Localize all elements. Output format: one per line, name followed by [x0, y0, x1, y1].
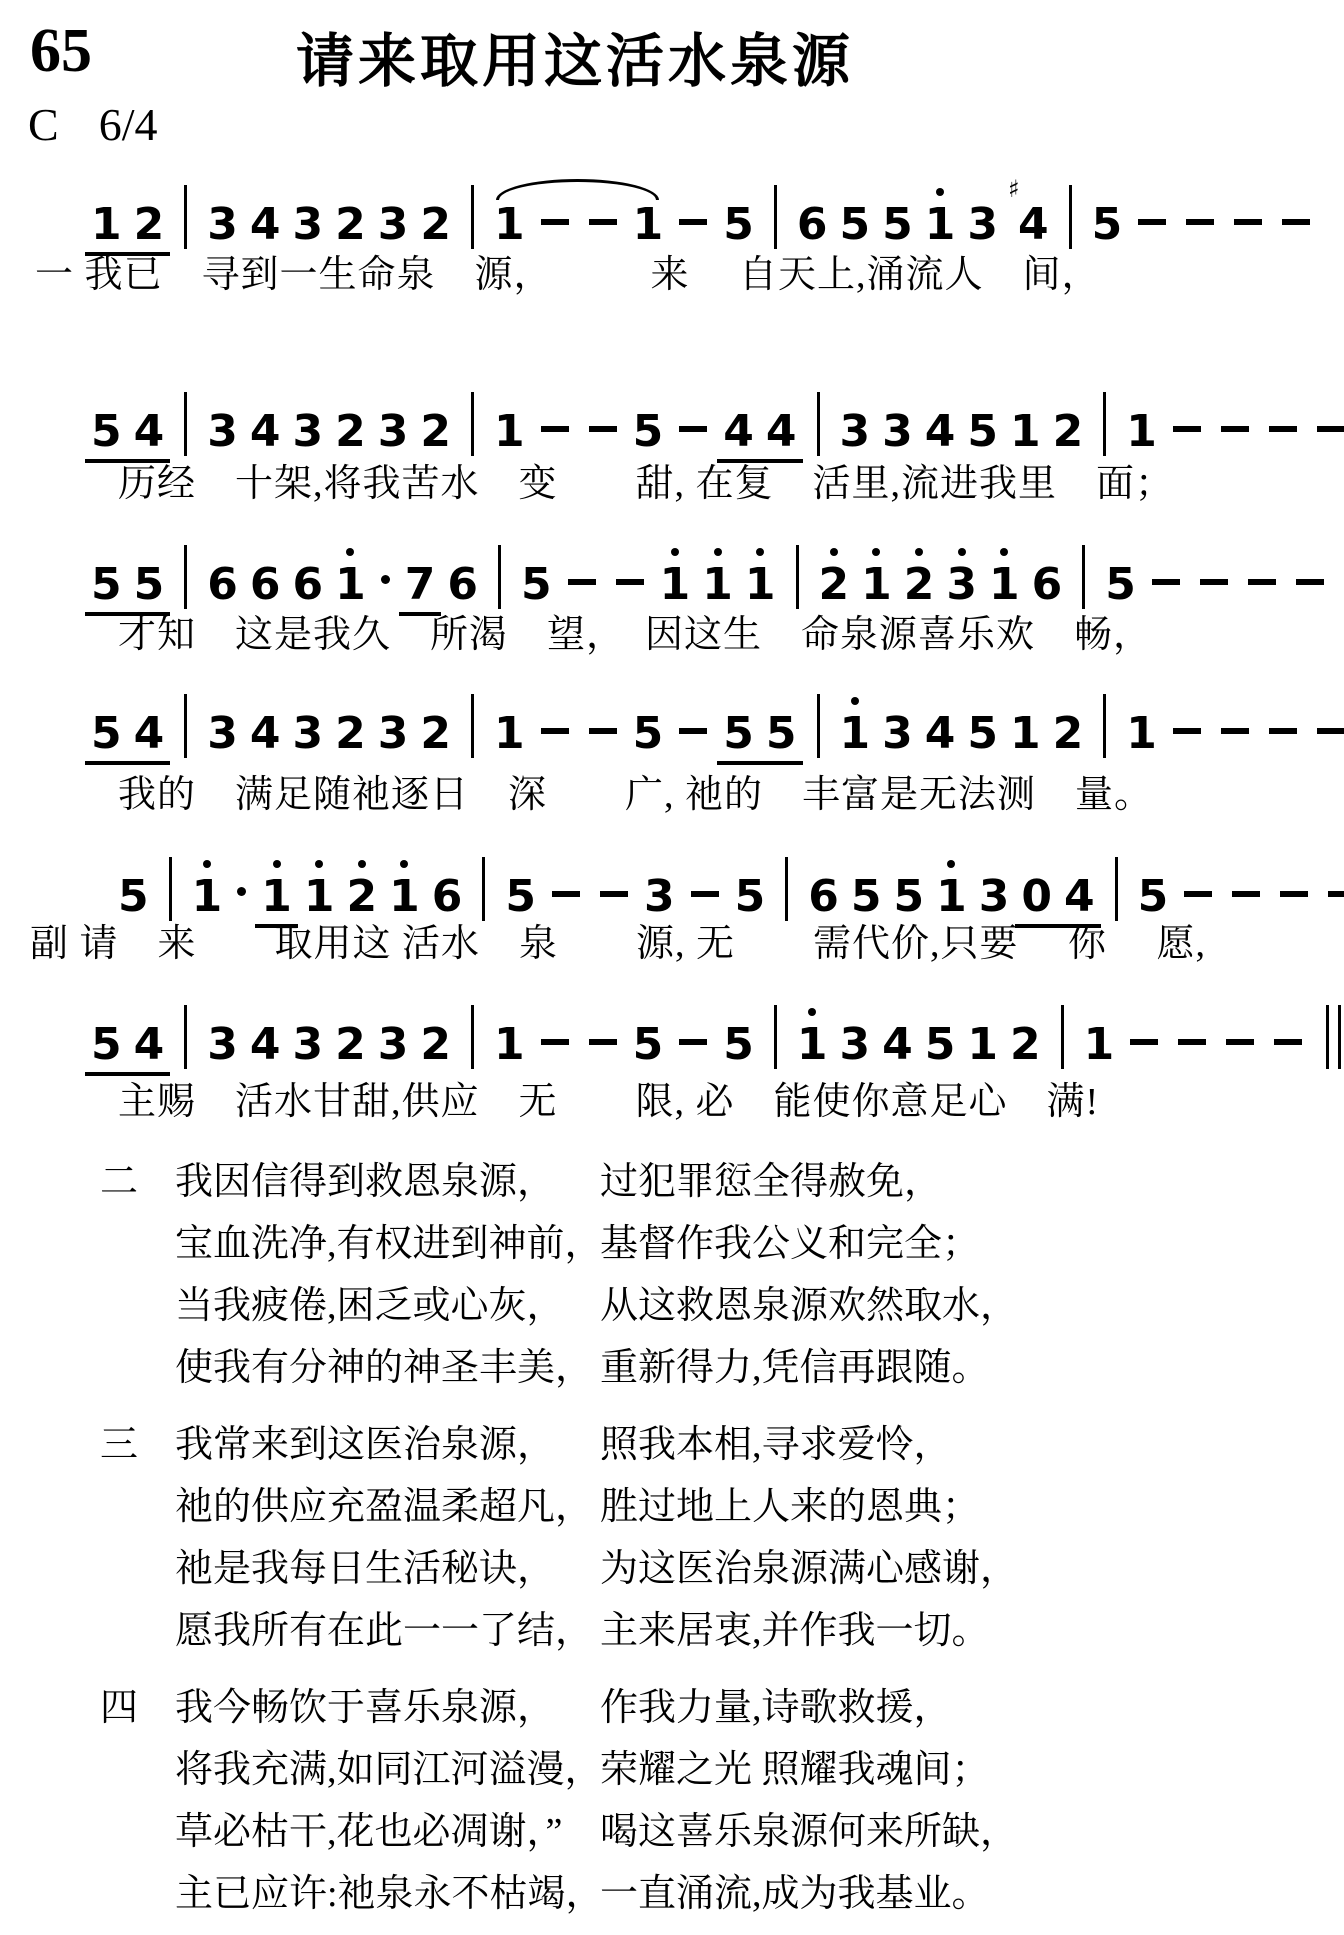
dotted-note-dot — [237, 887, 246, 896]
notation-note: 5 — [882, 203, 913, 247]
dash-extension — [1234, 219, 1262, 225]
notation-note: 6 — [1032, 563, 1063, 607]
verse-col-right: 基督作我公义和完全； — [600, 1212, 980, 1267]
note-number: 3 — [293, 708, 324, 759]
note-number: 1 — [1010, 406, 1041, 457]
verse-col-left: 宝血洗净,有权进到神前， — [175, 1212, 603, 1267]
octave-dot — [1000, 548, 1008, 556]
dash-extension — [1152, 579, 1180, 585]
verse-col-right: 作我力量,诗歌救援， — [600, 1676, 952, 1731]
note-number: 4 — [250, 1019, 281, 1070]
dash-extension — [1221, 728, 1249, 734]
note-number: 3 — [840, 1019, 871, 1070]
barline — [1103, 392, 1106, 456]
note-number: 2 — [420, 1019, 451, 1070]
tie-slur-group: 11 — [488, 203, 669, 247]
note-number: 1 — [1126, 708, 1157, 759]
dash-extension — [541, 426, 569, 432]
dash-extension — [1282, 219, 1310, 225]
note-number: 5 — [633, 1019, 664, 1070]
notation-note: 4 — [723, 410, 754, 454]
lyric-line: 一 我已 寻到一生命泉 源， 来 自天上,涌流人 间， — [35, 243, 1101, 298]
note-number: 5 — [91, 406, 122, 457]
notation-note: 1 — [1126, 410, 1157, 454]
notation-note: 2 — [420, 712, 451, 756]
notation-note: 5 — [1092, 203, 1123, 247]
notation-note: 5 — [633, 1023, 664, 1067]
notation-note: ♯4 — [1018, 203, 1049, 247]
lyric-line: 才知 这是我久 所渴 望， 因这生 命泉源喜乐欢 畅， — [118, 603, 1152, 658]
dash-extension — [1296, 579, 1324, 585]
notation-note: 1 — [925, 203, 956, 247]
note-number: 2 — [335, 708, 366, 759]
verse-col-right: 过犯罪愆全得赦免， — [600, 1150, 942, 1205]
verse-col-left: 愿我所有在此一一了结， — [175, 1599, 593, 1654]
sharp-icon: ♯ — [1008, 177, 1020, 201]
notation-note: 3 — [207, 712, 238, 756]
verse-col-right: 从这救恩泉源欢然取水， — [600, 1274, 1018, 1329]
dash-extension — [1221, 426, 1249, 432]
notation-note: 5 — [723, 712, 754, 756]
note-number: 1 — [1126, 406, 1157, 457]
notation-note: 6 — [207, 563, 238, 607]
beam-underline-group: 54 — [85, 712, 170, 765]
notation-note: 1 — [989, 563, 1020, 607]
verse-col-left: 我今畅饮于喜乐泉源， — [175, 1676, 555, 1731]
dash-extension — [1317, 426, 1344, 432]
verse-col-left: 我因信得到救恩泉源， — [175, 1150, 555, 1205]
verse-number: 三 — [100, 1413, 138, 1468]
notation-note: 6 — [797, 203, 828, 247]
verse-col-right: 为这医治泉源满心感谢， — [600, 1537, 1018, 1592]
note-number: 1 — [494, 1019, 525, 1070]
verse-col-left: 主已应许:祂泉永不枯竭， — [175, 1862, 604, 1917]
dash-extension — [1186, 219, 1214, 225]
verse-col-right: 喝这喜乐泉源何来所缺， — [600, 1800, 1018, 1855]
note-number: 4 — [250, 406, 281, 457]
hymn-title: 请来取用这活水泉源 — [0, 14, 1150, 98]
barline — [184, 694, 187, 758]
notation-note: 5 — [633, 712, 664, 756]
octave-dot — [872, 548, 880, 556]
notation-note: 2 — [420, 1023, 451, 1067]
note-number: 2 — [335, 1019, 366, 1070]
note-number: 2 — [420, 406, 451, 457]
dash-extension — [541, 219, 569, 225]
verse-col-right: 荣耀之光 照耀我魂间； — [600, 1738, 990, 1793]
notation-note: 1 — [494, 712, 525, 756]
dash-extension — [1173, 728, 1201, 734]
barline — [184, 545, 187, 609]
dash-extension — [1184, 891, 1212, 897]
verse-col-right: 重新得力,凭信再跟随。 — [600, 1336, 990, 1391]
note-number: 5 — [91, 1019, 122, 1070]
dash-extension — [679, 1039, 707, 1045]
note-number: 4 — [134, 1019, 165, 1070]
octave-dot — [936, 188, 944, 196]
notation-note: 4 — [134, 712, 165, 756]
notation-note: 5 — [766, 712, 797, 756]
note-number: 5 — [633, 708, 664, 759]
notation-note: 4 — [250, 1023, 281, 1067]
note-number: 4 — [925, 708, 956, 759]
notation-note: 5 — [91, 563, 122, 607]
dash-extension — [1200, 579, 1228, 585]
notation-note: 2 — [420, 203, 451, 247]
notation-note: 2 — [1053, 410, 1084, 454]
note-number: 1 — [494, 406, 525, 457]
notation-note: 3 — [378, 712, 409, 756]
verse-col-left: 将我充满,如同江河溢漫， — [175, 1738, 603, 1793]
note-number: 4 — [766, 406, 797, 457]
barline — [184, 185, 187, 249]
dash-extension — [1328, 891, 1344, 897]
dash-extension — [679, 728, 707, 734]
verse-col-left: 草必枯干,花也必凋谢，” — [175, 1800, 562, 1855]
notation-note: 4 — [134, 1023, 165, 1067]
notation-note: 3 — [378, 203, 409, 247]
notation-note: 5 — [633, 410, 664, 454]
note-number: 1 — [967, 1019, 998, 1070]
notation-note: 5 — [91, 712, 122, 756]
notation-note: 7 — [405, 563, 436, 607]
dash-extension — [1173, 426, 1201, 432]
note-number: 4 — [882, 1019, 913, 1070]
note-number: 1 — [840, 708, 871, 759]
notation-note: 5 — [521, 563, 552, 607]
note-number: 4 — [723, 406, 754, 457]
time-signature: 6/4 — [99, 99, 158, 150]
octave-dot — [756, 548, 764, 556]
dash-extension — [1269, 426, 1297, 432]
dash-extension — [589, 219, 617, 225]
note-number: 4 — [134, 406, 165, 457]
note-number: 5 — [967, 406, 998, 457]
octave-dot — [947, 860, 955, 868]
note-number: 3 — [378, 406, 409, 457]
note-number: 4 — [134, 708, 165, 759]
octave-dot — [671, 548, 679, 556]
notation-note: 3 — [378, 1023, 409, 1067]
notation-note: 4 — [250, 712, 281, 756]
dash-extension — [679, 219, 707, 225]
notation-note: 5 — [967, 712, 998, 756]
notation-note: 4 — [250, 410, 281, 454]
octave-dot — [358, 860, 366, 868]
notation-note: 5 — [840, 203, 871, 247]
dash-extension — [589, 728, 617, 734]
dash-extension — [600, 891, 628, 897]
note-number: 3 — [207, 406, 238, 457]
verse-col-right: 一直涌流,成为我基业。 — [600, 1862, 990, 1917]
dash-extension — [1280, 891, 1308, 897]
dash-extension — [568, 579, 596, 585]
notation-note: 2 — [420, 410, 451, 454]
note-number: 5 — [766, 708, 797, 759]
notation-note: 6 — [447, 563, 478, 607]
dash-extension — [1232, 891, 1260, 897]
dash-extension — [679, 426, 707, 432]
dash-extension — [1178, 1039, 1206, 1045]
dash-extension — [1130, 1039, 1158, 1045]
note-number: 1 — [494, 708, 525, 759]
notation-note: 2 — [335, 203, 366, 247]
notation-note: 1 — [633, 203, 664, 247]
dash-extension — [552, 891, 580, 897]
note-number: 3 — [882, 406, 913, 457]
barline — [1061, 1005, 1064, 1069]
barline — [471, 392, 474, 456]
octave-dot — [315, 860, 323, 868]
verse-number: 二 — [100, 1150, 138, 1205]
note-number: 3 — [207, 1019, 238, 1070]
notation-line: 5434323215551345121 — [85, 666, 1344, 765]
notation-note: 3 — [293, 410, 324, 454]
verse-col-left: 使我有分神的神圣丰美， — [175, 1336, 593, 1391]
note-number: 1 — [1010, 708, 1041, 759]
notation-note: 2 — [1010, 1023, 1041, 1067]
notation-note: 2 — [335, 1023, 366, 1067]
notation-note: 6 — [293, 563, 324, 607]
notation-line: 5434323215443345121 — [85, 364, 1344, 463]
lyric-line: 我的 满足随祂逐日 深 广, 祂的 丰富是无法测 量。 — [118, 763, 1153, 818]
notation-note: 2 — [1053, 712, 1084, 756]
octave-dot — [400, 860, 408, 868]
notation-note: 1 — [1010, 712, 1041, 756]
notation-note: 3 — [293, 712, 324, 756]
barline — [471, 694, 474, 758]
notation-note: 5 — [91, 1023, 122, 1067]
verse-col-right: 照我本相,寻求爱怜， — [600, 1413, 952, 1468]
notation-note: 2 — [904, 563, 935, 607]
note-number: 2 — [1010, 1019, 1041, 1070]
notation-note: 3 — [882, 712, 913, 756]
notation-note: 4 — [766, 410, 797, 454]
verse-col-left: 祂是我每日生活秘诀， — [175, 1537, 555, 1592]
dash-extension — [589, 426, 617, 432]
notation-note: 6 — [250, 563, 281, 607]
notation-note: 5 — [723, 1023, 754, 1067]
note-number: 3 — [378, 1019, 409, 1070]
note-number: 2 — [1053, 708, 1084, 759]
note-number: 5 — [967, 708, 998, 759]
notation-note: 5 — [925, 1023, 956, 1067]
dash-extension — [1269, 728, 1297, 734]
dash-extension — [1138, 219, 1166, 225]
octave-dot — [851, 697, 859, 705]
octave-dot — [915, 548, 923, 556]
notation-note: 1 — [494, 1023, 525, 1067]
note-number: 3 — [293, 406, 324, 457]
note-number: 5 — [91, 708, 122, 759]
notation-line: 543432321551345121 — [85, 977, 1344, 1076]
dash-extension — [616, 579, 644, 585]
notation-note: 5 — [967, 410, 998, 454]
barline — [1069, 185, 1072, 249]
dash-extension — [589, 1039, 617, 1045]
notation-note: 1 — [967, 1023, 998, 1067]
notation-note: 3 — [293, 1023, 324, 1067]
note-number: 3 — [207, 708, 238, 759]
beam-underline-group: 54 — [85, 1023, 170, 1076]
verse-number: 四 — [100, 1676, 138, 1731]
dash-extension — [541, 1039, 569, 1045]
note-number: 5 — [723, 1019, 754, 1070]
note-number: 1 — [1084, 1019, 1115, 1070]
note-number: 2 — [420, 708, 451, 759]
notation-line: 1234323211565513♯45 — [85, 157, 1320, 256]
notation-note: 5 — [723, 203, 754, 247]
barline — [498, 545, 501, 609]
note-number: 3 — [293, 1019, 324, 1070]
dash-extension — [691, 891, 719, 897]
notation-note: 4 — [134, 410, 165, 454]
note-number: 1 — [797, 1019, 828, 1070]
note-number: 5 — [633, 406, 664, 457]
dash-extension — [1274, 1039, 1302, 1045]
barline — [817, 392, 820, 456]
hymn-sheet-page: 65 请来取用这活水泉源 C6/4 1234323211565513♯45一 我… — [0, 0, 1344, 1935]
octave-dot — [808, 1008, 816, 1016]
octave-dot — [203, 860, 211, 868]
barline — [1103, 694, 1106, 758]
notation-note: 1 — [840, 712, 871, 756]
verse-col-left: 当我疲倦,困乏或心灰， — [175, 1274, 565, 1329]
lyric-line: 历经 十架,将我苦水 变 甜, 在复 活里,流进我里 面； — [118, 452, 1174, 507]
notation-note: 3 — [378, 410, 409, 454]
dash-extension — [1317, 728, 1344, 734]
barline — [184, 392, 187, 456]
notation-note: 3 — [207, 1023, 238, 1067]
notation-note: 2 — [819, 563, 850, 607]
notation-note: 2 — [335, 712, 366, 756]
octave-dot — [273, 860, 281, 868]
dash-extension — [1248, 579, 1276, 585]
notation-note: 4 — [925, 410, 956, 454]
key-meter: C6/4 — [28, 98, 157, 151]
notation-note: 1 — [1010, 410, 1041, 454]
notation-note: 3 — [882, 410, 913, 454]
notation-note: 3 — [967, 203, 998, 247]
note-number: 2 — [335, 406, 366, 457]
notation-note: 1 — [745, 563, 776, 607]
notation-note: 3 — [840, 410, 871, 454]
notation-note: 1 — [1126, 712, 1157, 756]
verse-col-left: 祂的供应充盈温柔超凡， — [175, 1475, 593, 1530]
notation-note: 1 — [702, 563, 733, 607]
note-number: 3 — [840, 406, 871, 457]
notation-note: 4 — [882, 1023, 913, 1067]
notation-note: 2 — [335, 410, 366, 454]
dash-extension — [1226, 1039, 1254, 1045]
key-signature: C — [28, 99, 59, 150]
note-number: 4 — [925, 406, 956, 457]
notation-note: 5 — [91, 410, 122, 454]
final-barline — [1326, 1005, 1341, 1069]
lyric-line: 副 请 来 取用这 活水 泉 源, 无 需代价,只要 你 愿, — [30, 912, 1206, 967]
notation-note: 1 — [91, 203, 122, 247]
lyric-line: 主赐 活水甘甜,供应 无 限, 必 能使你意足心 满! — [118, 1070, 1099, 1125]
notation-note: 3 — [207, 410, 238, 454]
note-number: 3 — [378, 708, 409, 759]
verse-col-right: 胜过地上人来的恩典； — [600, 1475, 980, 1530]
barline — [796, 545, 799, 609]
note-number: 5 — [925, 1019, 956, 1070]
dash-extension — [541, 728, 569, 734]
notation-note: 1 — [861, 563, 892, 607]
notation-note: 4 — [250, 203, 281, 247]
verse-col-left: 我常来到这医治泉源， — [175, 1413, 555, 1468]
notation-note: 1 — [1084, 1023, 1115, 1067]
note-number: 2 — [1053, 406, 1084, 457]
octave-dot — [714, 548, 722, 556]
dotted-note-dot — [381, 575, 390, 584]
notation-note: 4 — [925, 712, 956, 756]
notation-note: 3 — [946, 563, 977, 607]
barline — [471, 185, 474, 249]
notation-note: 3 — [840, 1023, 871, 1067]
notation-note: 1 — [660, 563, 691, 607]
barline — [184, 1005, 187, 1069]
notation-line: 5566617651112123165 — [85, 517, 1334, 616]
barline — [817, 694, 820, 758]
notation-note: 3 — [207, 203, 238, 247]
octave-dot — [830, 548, 838, 556]
note-number: 5 — [723, 708, 754, 759]
verse-col-right: 主来居衷,并作我一切。 — [600, 1599, 990, 1654]
notation-note: 1 — [494, 203, 525, 247]
notation-note: 5 — [134, 563, 165, 607]
notation-note: 1 — [797, 1023, 828, 1067]
barline — [471, 1005, 474, 1069]
notation-note: 3 — [293, 203, 324, 247]
barline — [1082, 545, 1085, 609]
note-number: 3 — [882, 708, 913, 759]
notation-note: 1 — [494, 410, 525, 454]
note-number: 4 — [250, 708, 281, 759]
octave-dot — [958, 548, 966, 556]
barline — [774, 1005, 777, 1069]
barline — [774, 185, 777, 249]
notation-note: 5 — [1105, 563, 1136, 607]
notation-note: 1 — [335, 563, 366, 607]
octave-dot — [346, 548, 354, 556]
beam-underline-group: 55 — [717, 712, 802, 765]
notation-note: 2 — [134, 203, 165, 247]
